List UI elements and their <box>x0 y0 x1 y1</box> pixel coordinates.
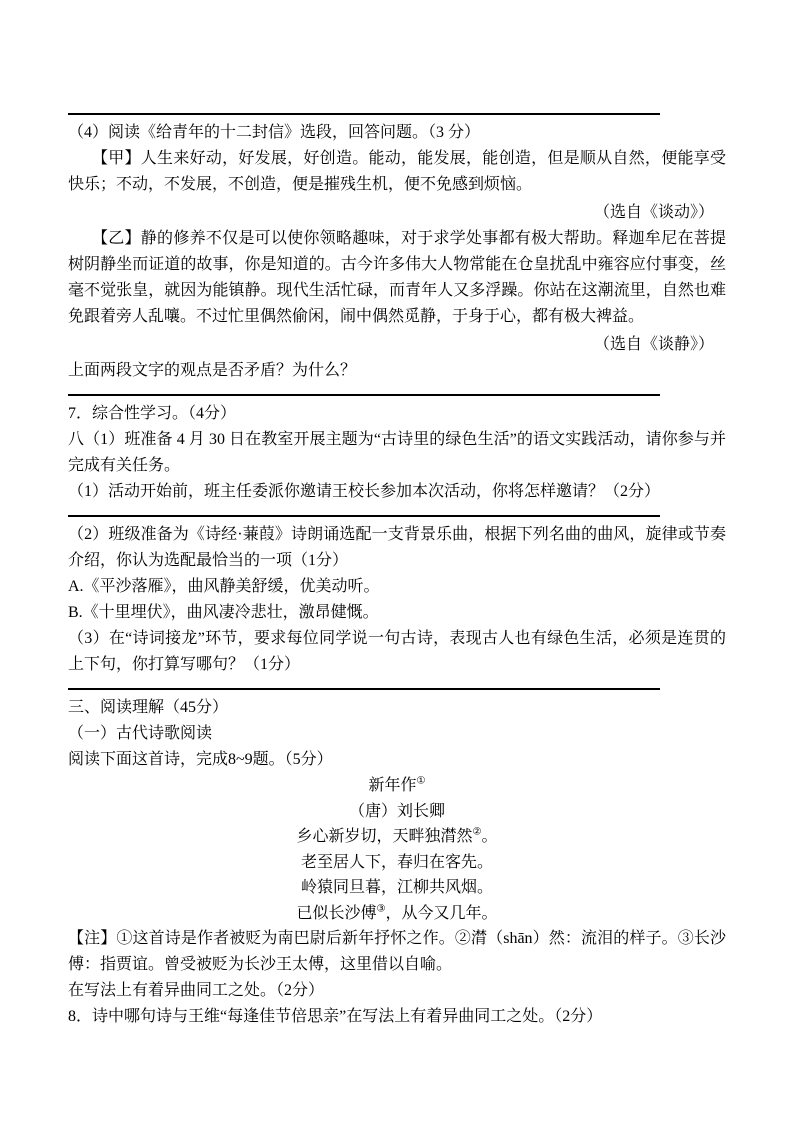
source-yi: （选自《谈静》） <box>68 332 726 358</box>
passage-jia: 【甲】人生来好动，好发展，好创造。能动，能发展，能创造，但是顺从自然，便能享受快… <box>68 146 726 198</box>
poem-author: （唐）刘长卿 <box>68 799 726 825</box>
footnote-marker: ① <box>417 776 426 787</box>
separator-line <box>68 688 660 690</box>
poem-line-text: 乡心新岁切，天畔独潸然 <box>297 828 473 845</box>
source-jia: （选自《谈动》） <box>68 200 726 226</box>
poem-line-3: 岭猿同旦暮，江柳共风烟。 <box>68 875 726 901</box>
separator-line <box>68 394 660 396</box>
option-a: A.《平沙落雁》，曲风静美舒缓，优美动听。 <box>68 574 726 600</box>
poem-line-2: 老至居人下，春归在客先。 <box>68 850 726 876</box>
question8: 8．诗中哪句诗与王维“每逢佳节倍思亲”在写法上有着异曲同工之处。（2分） <box>68 1004 726 1030</box>
question4-prompt: 上面两段文字的观点是否矛盾？为什么？ <box>68 358 726 384</box>
exam-page: （4）阅读《给青年的十二封信》选段，回答问题。（3 分） 【甲】人生来好动，好发… <box>0 0 794 1123</box>
poem-line-text: 。 <box>481 828 497 845</box>
poem-line-text: 老至居人下，春归在客先。 <box>301 854 493 871</box>
separator-line <box>68 515 660 517</box>
question7-sub2: （2）班级准备为《诗经·蒹葭》诗朗诵选配一支背景乐曲，根据下列名曲的曲风，旋律或… <box>68 522 726 574</box>
question7-heading: 7．综合性学习。（4分） <box>68 401 726 427</box>
poem-line-text: ，从今又几年。 <box>385 905 497 922</box>
question4-heading: （4）阅读《给青年的十二封信》选段，回答问题。（3 分） <box>68 120 726 146</box>
poem-line-text: 已似长沙傅 <box>297 905 377 922</box>
poem-note: 【注】①这首诗是作者被贬为南巴尉后新年抒怀之作。②潸（shān）然：流泪的样子。… <box>68 926 726 978</box>
poem-title: 新年作① <box>68 773 726 799</box>
passage-yi: 【乙】静的修养不仅是可以使你领略趣味，对于求学处事都有极大帮助。释迦牟尼在菩提树… <box>68 226 726 330</box>
part3-heading: 三、阅读理解（45分） <box>68 695 726 721</box>
question7-sub1: （1）活动开始前，班主任委派你邀请王校长参加本次活动，你将怎样邀请？（2分） <box>68 479 726 505</box>
part3-sub-heading: （一）古代诗歌阅读 <box>68 721 726 747</box>
poem-line-1: 乡心新岁切，天畔独潸然②。 <box>68 824 726 850</box>
poem-line-4: 已似长沙傅③，从今又几年。 <box>68 901 726 927</box>
poem-block: 新年作① （唐）刘长卿 乡心新岁切，天畔独潸然②。 老至居人下，春归在客先。 岭… <box>68 773 726 926</box>
stray-fragment: 在写法上有着异曲同工之处。（2分） <box>68 978 726 1004</box>
option-b: B.《十里埋伏》，曲风凄冷悲壮，激昂健慨。 <box>68 600 726 626</box>
separator-line <box>68 113 660 115</box>
poem-line-text: 岭猿同旦暮，江柳共风烟。 <box>301 879 493 896</box>
poem-title-text: 新年作 <box>369 777 417 794</box>
question7-intro: 八（1）班准备 4 月 30 日在教室开展主题为“古诗里的绿色生活”的语文实践活… <box>68 427 726 479</box>
question7-sub3: （3）在“诗词接龙”环节，要求每位同学说一句古诗，表现古人也有绿色生活，必须是连… <box>68 626 726 678</box>
reading-instruction: 阅读下面这首诗，完成8~9题。（5分） <box>68 747 726 773</box>
